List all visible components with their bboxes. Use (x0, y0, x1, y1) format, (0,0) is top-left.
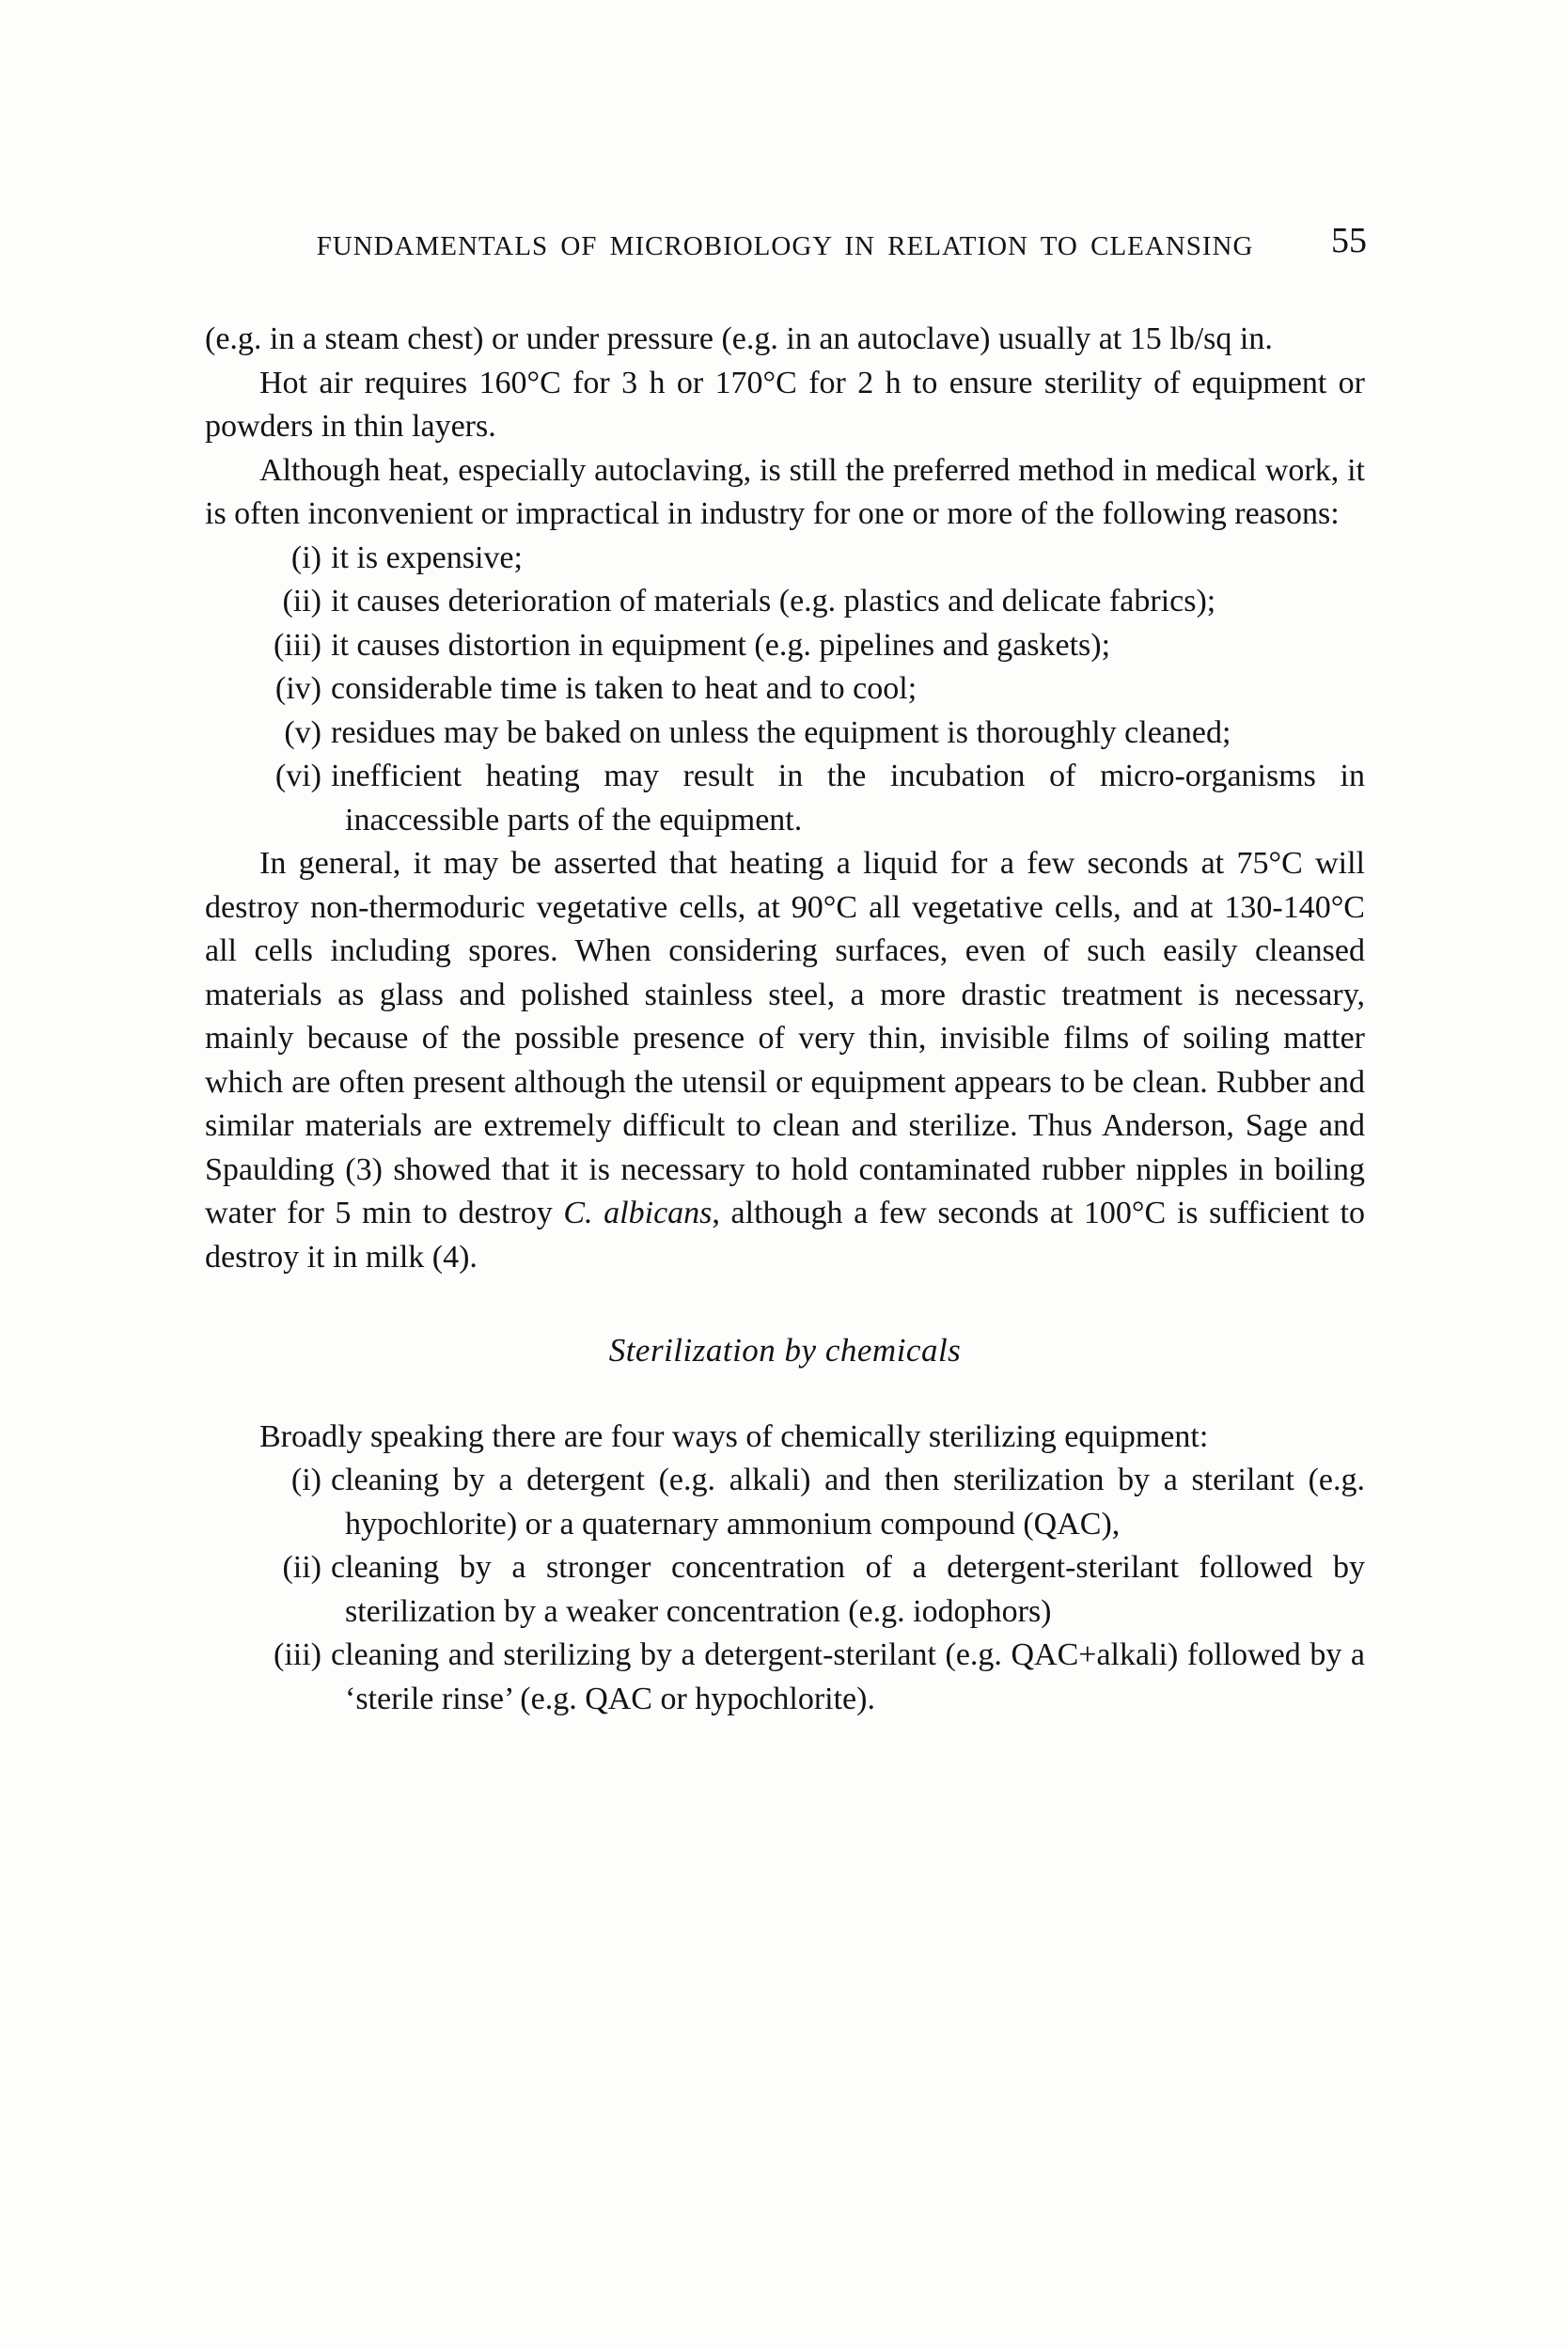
list-item: (iv) considerable time is taken to heat … (205, 667, 1365, 712)
running-title: FUNDAMENTALS OF MICROBIOLOGY IN RELATION… (205, 226, 1365, 267)
list-item-text: inefficient heating may result in the in… (331, 755, 1365, 842)
list-item-text: it causes deterioration of materials (e.… (331, 580, 1365, 624)
list-item: (ii) it causes deterioration of material… (205, 580, 1365, 624)
list-item-text: cleaning by a stronger concentration of … (331, 1546, 1365, 1634)
list-marker: (iii) (205, 624, 321, 668)
list-item: (vi) inefficient heating may result in t… (205, 755, 1365, 842)
list-item-text: considerable time is taken to heat and t… (331, 667, 1365, 712)
list-item: (iii) cleaning and sterilizing by a dete… (205, 1634, 1365, 1721)
list-item-text: it causes distortion in equipment (e.g. … (331, 624, 1365, 668)
running-head: FUNDAMENTALS OF MICROBIOLOGY IN RELATION… (205, 226, 1365, 267)
section-heading: Sterilization by chemicals (205, 1329, 1365, 1373)
list-item-text: cleaning by a detergent (e.g. alkali) an… (331, 1459, 1365, 1546)
list-marker: (iv) (205, 667, 321, 712)
para-general-text-before: In general, it may be asserted that heat… (205, 846, 1365, 1230)
list-item: (ii) cleaning by a stronger concentratio… (205, 1546, 1365, 1634)
list-marker: (iii) (205, 1634, 321, 1678)
list-marker: (ii) (205, 580, 321, 624)
para-although: Although heat, especially autoclaving, i… (205, 449, 1365, 537)
para-broadly: Broadly speaking there are four ways of … (205, 1416, 1365, 1460)
book-page: FUNDAMENTALS OF MICROBIOLOGY IN RELATION… (0, 0, 1568, 2348)
species-name-italic: C. albicans (563, 1196, 712, 1230)
para-hot-air: Hot air requires 160°C for 3 h or 170°C … (205, 362, 1365, 449)
list-item: (i) cleaning by a detergent (e.g. alkali… (205, 1459, 1365, 1546)
list-item-text: residues may be baked on unless the equi… (331, 712, 1365, 756)
para-opening-continuation: (e.g. in a steam chest) or under pressur… (205, 318, 1365, 362)
list-marker: (ii) (205, 1546, 321, 1590)
list-item: (i) it is expensive; (205, 537, 1365, 581)
list-item: (v) residues may be baked on unless the … (205, 712, 1365, 756)
list-item: (iii) it causes distortion in equipment … (205, 624, 1365, 668)
list-item-text: it is expensive; (331, 537, 1365, 581)
list-item-text: cleaning and sterilizing by a detergent-… (331, 1634, 1365, 1721)
list-marker: (v) (205, 712, 321, 756)
page-number: 55 (1331, 220, 1367, 261)
list-marker: (i) (205, 537, 321, 581)
reasons-list: (i) it is expensive; (ii) it causes dete… (205, 537, 1365, 843)
list-marker: (i) (205, 1459, 321, 1503)
ways-list: (i) cleaning by a detergent (e.g. alkali… (205, 1459, 1365, 1721)
para-general: In general, it may be asserted that heat… (205, 842, 1365, 1279)
list-marker: (vi) (205, 755, 321, 799)
